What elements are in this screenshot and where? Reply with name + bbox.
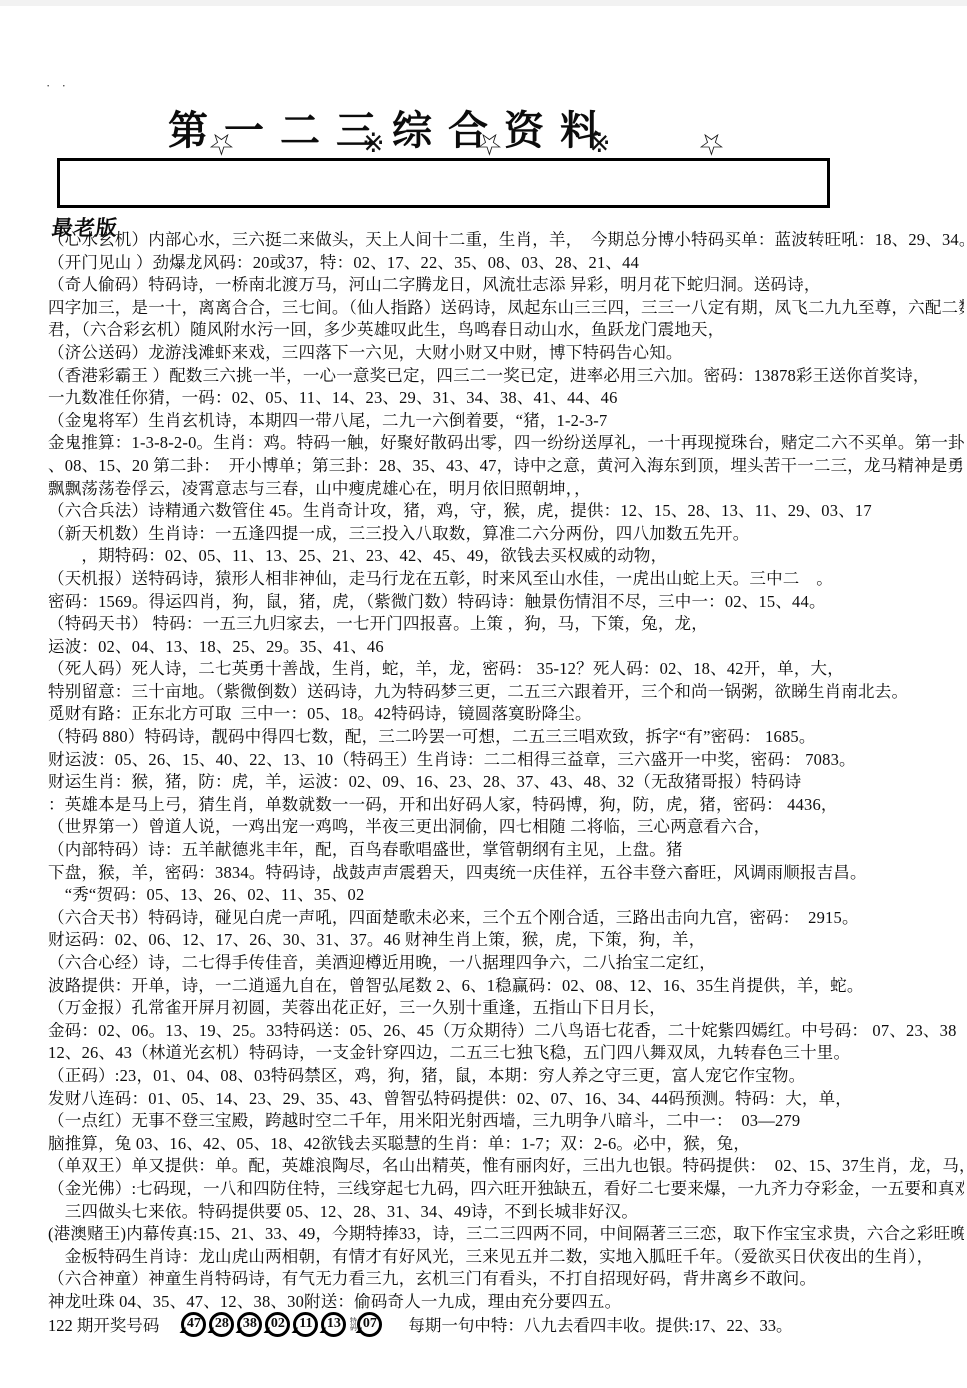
scan-artifact-top [0, 0, 967, 6]
text-line: （死人码）死人诗，二七英勇十善战，生肖，蛇，羊，龙，密码： 35-12？死人码：… [48, 658, 964, 681]
text-line: 发财八连码：01、05、14、23、29、35、43、曾智弘特码提供：02、07… [48, 1088, 964, 1111]
text-line: （香港彩霸王 ）配数三六挑一半，一心一意奖已定，四三二一奖已定，进率必用三六加。… [48, 365, 964, 388]
star-icon: ☆ [476, 128, 503, 158]
text-line: （六合神童）神童生肖特码诗，有气无力看三九，玄机三门有看头，不打自招现好码，背井… [48, 1268, 964, 1291]
draw-result-line: 122 期开奖号码 472838021113特码07 每期一句中特：八九去看四丰… [48, 1310, 964, 1338]
text-line: 运波：02、04、13、18、25、29。35、41、46 [48, 636, 964, 659]
text-line: 密码：1569。得运四肖，狗，鼠，猪，虎，（紫微门数）特码诗：触景伤情泪不尽，三… [48, 591, 964, 614]
text-line: 一九数准任你猜，一码：02、05、11、14、23、29、31、34、38、41… [48, 387, 964, 410]
star-icon: ☆ [208, 128, 235, 158]
draw-number-ball: 13 [321, 1312, 346, 1337]
text-line: (港澳赌王)内幕传真:15、21、33、49，今期特捧33，诗，三二三四两不同，… [48, 1223, 964, 1246]
text-line: 财运波：05、26、15、40、22、13、10（特码王）生肖诗：二二相得三益章… [48, 749, 964, 772]
text-line: 金鬼推算：1-3-8-2-0。生肖：鸡。特码一触，好聚好散码出零，四一纷纷送厚礼… [48, 432, 964, 455]
text-line: （天机报）送特码诗，猿形人相非神仙，走马行龙在五彰，时来风至山水佳，一虎出山蛇上… [48, 568, 964, 591]
text-line: （开门见山 ）劲爆龙风码：20或37，特：02、17、22、35、08、03、2… [48, 252, 964, 275]
text-line: （济公送码）龙游浅滩虾来戏，三四落下一六见，大财小财又中财，博下特码告心知。 [48, 342, 964, 365]
star-icon: ☆ [698, 128, 725, 158]
body-text: （心水玄机）内部心水，三六挺二来做头，天上人间十二重，生肖，羊， 今期总分博小特… [48, 229, 964, 1314]
text-line: （特码 880）特码诗，靓码中得四七数，配，三二吟罢一可想，二五三三唱欢致，拆字… [48, 726, 964, 749]
text-line: 财运码：02、06、12、17、26、30、31、37。46 财神生肖上策，猴，… [48, 929, 964, 952]
text-line: （内部特码）诗：五羊献德兆丰年，配，百鸟春歌唱盛世，掌管朝纲有主见，上盘。猪 [48, 839, 964, 862]
text-line: 脑推算，兔 03、16、42、05、18、42欲钱去买聪慧的生肖：单：1-7；双… [48, 1133, 964, 1156]
text-line: 金板特码生肖诗：龙山虎山两相朝，有情才有好风光，三来见五并二数，实地入胍旺千年。… [48, 1246, 964, 1269]
draw-number-ball: 28 [209, 1312, 234, 1337]
text-line: （奇人偷码）特码诗，一桥南北渡万马，河山二字腾龙日，风流壮志添 异彩，明月花下蛇… [48, 274, 964, 297]
draw-result-prefix: 122 期开奖号码 [48, 1312, 159, 1336]
text-line: 三四做头七来依。特码提供要 05、12、28、31、34、49诗，不到长城非好汉… [48, 1201, 964, 1224]
text-line: 觅财有路：正东北方可取 三中一：05、18。42特码诗，镜圆落寞盼降尘。 [48, 703, 964, 726]
text-line: 下盘，猴，羊，密码：3834。特码诗，战鼓声声震碧天，四夷统一庆佳祥，五谷丰登六… [48, 862, 964, 885]
text-line: （六合兵法）诗精通六数管住 45。生肖奇计攻，猪，鸡，守，猴，虎，提供：12、1… [48, 500, 964, 523]
text-line: 四字加三，是一十，离离合合，三七间。（仙人指路）送码诗，凤起东山三三四，三三一八… [48, 297, 964, 320]
draw-number-ball: 02 [265, 1312, 290, 1337]
text-line: 波路提供：开单，诗，一二逍遥九自在，曾智弘尾数 2、6、1稳赢码：02、08、1… [48, 975, 964, 998]
draw-number-ball: 11 [293, 1312, 318, 1337]
document-page: · · 第一二三综合资料 ☆※☆※☆ 最老版 （心水玄机）内部心水，三六挺二来做… [0, 0, 967, 1388]
text-line: 财运生肖：猴，猪，防：虎，羊，运波：02、09、16、23、28、37、43、4… [48, 771, 964, 794]
text-line: “秀“贺码：05、13、26、02、11、35、02 [48, 884, 964, 907]
text-line: （一点红）无事不登三宝殿，跨越时空二千年，用米阳光射西墙，三九明争八暗斗，二中一… [48, 1110, 964, 1133]
text-line: （正码）:23，01、04、08、03特码禁区，鸡，狗，猪，鼠，本期：穷人养之守… [48, 1065, 964, 1088]
text-line: （单双王）单又提供：单。配，英雄浪陶尽，名山出精英，惟有丽肉好，三出九也银。特码… [48, 1155, 964, 1178]
draw-number-ball: 47 [181, 1312, 206, 1337]
text-line: 特别留意：三十亩地。（紫微倒数）送码诗，九为特码梦三更，二五三六跟着开，三个和尚… [48, 681, 964, 704]
draw-result-suffix: 每期一句中特：八九去看四丰收。提供:17、22、33。 [408, 1312, 792, 1336]
text-line: ，期特码：02、05、11、13、25、21、23、42、45、49，欲钱去买权… [48, 545, 964, 568]
text-line: ：英雄本是马上弓，猜生肖，单数就数一一码，开和出好码人家，特码博，狗，防，虎，猪… [48, 794, 964, 817]
text-line: （特码天书） 特码：一五三九归家去，一七开门四报喜。上策 ，狗，马，下策，兔，龙… [48, 613, 964, 636]
empty-notice-box [57, 158, 830, 208]
text-line: 飘飘荡荡卷俘云，凌霄意志与三春，山中瘦虎雄心在，明月依旧照朝坤，， [48, 478, 964, 501]
text-line: （金鬼将军）生肖玄机诗，本期四一带八尾，二九一六倒着要，“猪，1-2-3-7 [48, 410, 964, 433]
text-line: （心水玄机）内部心水，三六挺二来做头，天上人间十二重，生肖，羊， 今期总分博小特… [48, 229, 964, 252]
text-line: （新天机数）生肖诗：一五逢四提一成，三三投入八取数，算准二六分两份，四八加数五先… [48, 523, 964, 546]
text-line: （六合心经）诗，二七得手传佳音，美酒迎樽近用晚，一八据理四争六，二八抬宝二定红， [48, 952, 964, 975]
text-line: 金码：02、06。13、19、25。33特码送：05、26、45（万众期待）二八… [48, 1020, 964, 1043]
text-line: 君，（六合彩玄机）随风附水污一回，多少英雄叹此生，鸟鸣春日动山水，鱼跃龙门震地天… [48, 319, 964, 342]
reference-mark-icon: ※ [588, 128, 611, 158]
draw-number-ball: 38 [237, 1312, 262, 1337]
text-line: 12、26、43（林道光玄机）特码诗，一支金针穿四边，二五三七独飞稳，五门四八舞… [48, 1042, 964, 1065]
draw-number-balls: 472838021113特码07 [181, 1312, 382, 1337]
reference-mark-icon: ※ [362, 128, 385, 158]
text-line: （世界第一）曾道人说，一鸡出宠一鸡鸣，半夜三更出洞偷，四七相随 二将临，三心两意… [48, 816, 964, 839]
corner-marks: · · [46, 78, 70, 94]
text-line: （万金报）孔常雀开屏月初圆，芙蓉出花正好，三一久别十重逢，五指山下日月长， [48, 997, 964, 1020]
text-line: 、08、15、20 第二卦： 开小博单；第三卦：28、35、43、47，诗中之意… [48, 455, 964, 478]
text-line: （金光佛）:七码现，一八和四防住特，三线穿起七九码，四六旺开独缺五，看好二七要来… [48, 1178, 964, 1201]
draw-number-ball: 07 [357, 1312, 382, 1337]
text-line: （六合天书）特码诗，碰见白虎一声吼，四面楚歌未必来，三个五个刚合适，三路出击向九… [48, 907, 964, 930]
